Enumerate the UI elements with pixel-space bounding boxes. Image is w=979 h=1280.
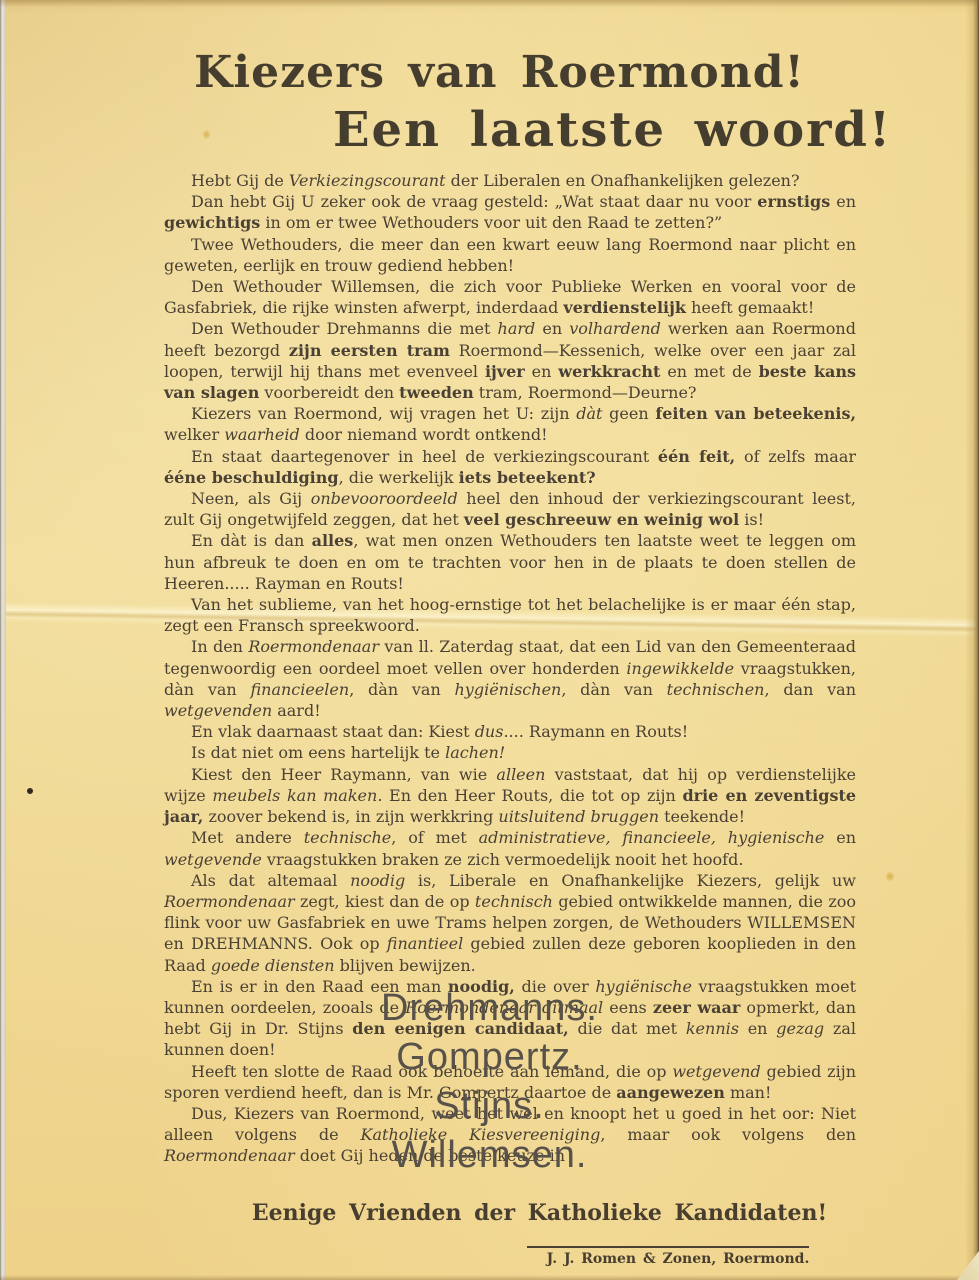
text-segment: Dan hebt Gij U zeker ook de vraag gestel…	[191, 192, 757, 211]
text-segment: En staat daartegenover in heel de verkie…	[191, 447, 658, 466]
text-segment: is!	[739, 510, 764, 529]
text-segment: Roermondenaar	[164, 892, 295, 911]
body-paragraph: Hebt Gij de Verkiezingscourant der Liber…	[164, 170, 856, 191]
headline-line1: Kiezers van Roermond!	[10, 47, 979, 100]
candidate-name-willemsen: Willemsen.	[0, 1131, 979, 1180]
scan-edge-bottom	[0, 1275, 979, 1280]
candidate-name-stijns: Stijns.	[0, 1082, 979, 1131]
body-paragraph: Den Wethouder Willemsen, die zich voor P…	[164, 276, 856, 318]
text-segment: Kiezers van Roermond, wij vragen het U: …	[191, 404, 576, 423]
text-segment: dus	[475, 722, 504, 741]
pamphlet-page: Kiezers van Roermond! Een laatste woord!…	[0, 0, 979, 1280]
text-segment: vraagstukken braken ze zich vermoedelijk…	[262, 850, 744, 869]
text-segment: finantieel	[387, 934, 463, 953]
ink-dot	[27, 788, 33, 794]
body-paragraph: Den Wethouder Drehmanns die met hard en …	[164, 318, 856, 403]
text-segment: ingewikkelde	[626, 659, 734, 678]
text-segment: door niemand wordt ontkend!	[300, 425, 548, 444]
text-segment: hygiënischen	[455, 680, 562, 699]
body-paragraph: Kiest den Heer Raymann, van wie alleen v…	[164, 764, 856, 828]
text-segment: verdienstelijk	[563, 298, 686, 317]
text-segment: dàt	[576, 404, 602, 423]
text-segment: zijn eersten tram	[289, 341, 450, 360]
text-segment: zegt, kiest dan de op	[295, 892, 475, 911]
text-segment: werkkracht	[558, 362, 660, 381]
text-segment: aard!	[272, 701, 320, 720]
text-segment: in om er twee Wethouders voor uit den Ra…	[260, 213, 722, 232]
text-segment: tweeden	[399, 383, 474, 402]
text-segment: alles	[312, 531, 354, 550]
text-segment: technischen	[667, 680, 765, 699]
headline-line2: Een laatste woord!	[123, 102, 979, 160]
text-segment: Van het sublieme, van het hoog-ernstige …	[164, 595, 856, 635]
text-segment: hard	[498, 319, 536, 338]
text-segment: één feit,	[658, 447, 735, 466]
paper-stain	[886, 872, 894, 881]
text-segment: onbevooroordeeld	[311, 489, 458, 508]
text-segment: der Liberalen en Onafhankelijken gelezen…	[446, 171, 800, 190]
text-segment: En vlak daarnaast staat dan: Kiest	[191, 722, 475, 741]
text-segment: Verkiezingscourant	[289, 171, 446, 190]
text-segment: zoover bekend is, in zijn werkkring	[203, 807, 498, 826]
text-segment: Met andere	[191, 828, 304, 847]
text-segment: iets beteekent?	[459, 468, 596, 487]
body-paragraph: En dàt is dan alles, wat men onzen Wetho…	[164, 530, 856, 594]
text-segment: veel geschreeuw en weinig wol	[464, 510, 739, 529]
body-paragraph: En staat daartegenover in heel de verkie…	[164, 446, 856, 488]
text-segment: en	[830, 192, 856, 211]
text-segment: Kiest den Heer Raymann, van wie	[191, 765, 496, 784]
body-paragraph: Is dat niet om eens hartelijk te lachen!	[164, 742, 856, 763]
scan-edge-left	[0, 0, 6, 1280]
text-segment: , die werkelijk	[339, 468, 459, 487]
text-segment: feiten van beteekenis,	[655, 404, 856, 423]
text-segment: voorbereidt den	[259, 383, 399, 402]
text-segment: meubels kan maken	[212, 786, 377, 805]
body-paragraph: Dan hebt Gij U zeker ook de vraag gestel…	[164, 191, 856, 233]
text-segment: In den	[191, 637, 248, 656]
body-paragraph: Kiezers van Roermond, wij vragen het U: …	[164, 403, 856, 445]
text-segment: tram, Roermond—Deurne?	[474, 383, 697, 402]
text-segment: , dàn van	[349, 680, 454, 699]
text-segment: noodig	[350, 871, 405, 890]
text-segment: technisch	[475, 892, 553, 911]
printer-rule	[527, 1246, 809, 1248]
text-segment: welker	[164, 425, 224, 444]
body-paragraph: Als dat altemaal noodig is, Liberale en …	[164, 870, 856, 976]
text-segment: wetgevenden	[164, 701, 272, 720]
candidate-list: Drehmanns. Gompertz. Stijns. Willemsen.	[0, 984, 979, 1180]
text-segment: , dan van	[764, 680, 856, 699]
text-segment: technische	[304, 828, 392, 847]
text-segment: .... Raymann en Routs!	[503, 722, 688, 741]
text-segment: ernstigs	[757, 192, 830, 211]
body-paragraph: Van het sublieme, van het hoog-ernstige …	[164, 594, 856, 636]
text-segment: Den Wethouder Drehmanns die met	[191, 319, 498, 338]
printer-credit: J. J. Romen & Zonen, Roermond.	[537, 1251, 819, 1267]
body-paragraph: Neen, als Gij onbevooroordeeld heel den …	[164, 488, 856, 530]
text-segment: alleen	[496, 765, 545, 784]
text-segment: heeft gemaakt!	[686, 298, 814, 317]
text-segment: is, Liberale en Onafhankelijke Kiezers, …	[405, 871, 856, 890]
body-paragraph: Met andere technische, of met administra…	[164, 827, 856, 869]
text-segment: Als dat altemaal	[191, 871, 350, 890]
text-segment: , dàn van	[561, 680, 666, 699]
text-segment: en met de	[660, 362, 758, 381]
text-segment: ééne beschuldiging	[164, 468, 339, 487]
text-segment: en	[525, 362, 559, 381]
body-paragraph: In den Roermondenaar van ll. Zaterdag st…	[164, 636, 856, 721]
candidate-name-gompertz: Gompertz.	[0, 1033, 979, 1082]
candidate-name-drehmanns: Drehmanns.	[0, 984, 979, 1033]
text-segment: En dàt is dan	[191, 531, 312, 550]
text-segment: volhardend	[569, 319, 661, 338]
text-segment: goede diensten	[211, 956, 335, 975]
scan-edge-right	[965, 0, 979, 1280]
text-segment: Twee Wethouders, die meer dan een kwart …	[164, 235, 856, 275]
text-segment: Hebt Gij de	[191, 171, 289, 190]
text-segment: waarheid	[224, 425, 300, 444]
text-segment: . En den Heer Routs, die tot op zijn	[377, 786, 682, 805]
text-segment: financieelen	[250, 680, 349, 699]
text-segment: of zelfs maar	[735, 447, 856, 466]
text-segment: administratieve, financieele, hygienisch…	[479, 828, 825, 847]
text-segment: lachen!	[445, 743, 505, 762]
text-segment: uitsluitend bruggen	[498, 807, 659, 826]
signature-line: Eenige Vrienden der Katholieke Kandidate…	[50, 1200, 979, 1226]
text-segment: , of met	[391, 828, 478, 847]
body-paragraph: En vlak daarnaast staat dan: Kiest dus..…	[164, 721, 856, 742]
text-segment: teekende!	[659, 807, 745, 826]
text-segment: geen	[602, 404, 655, 423]
text-segment: en	[535, 319, 569, 338]
text-segment: Is dat niet om eens hartelijk te	[191, 743, 445, 762]
text-segment: gewichtigs	[164, 213, 260, 232]
text-segment: wetgevende	[164, 850, 262, 869]
text-segment: blijven bewijzen.	[335, 956, 476, 975]
text-segment: Roermondenaar	[248, 637, 379, 656]
text-segment: en	[824, 828, 856, 847]
text-segment: ijver	[485, 362, 525, 381]
body-paragraph: Twee Wethouders, die meer dan een kwart …	[164, 234, 856, 276]
text-segment: Neen, als Gij	[191, 489, 311, 508]
scan-edge-top	[0, 0, 979, 7]
